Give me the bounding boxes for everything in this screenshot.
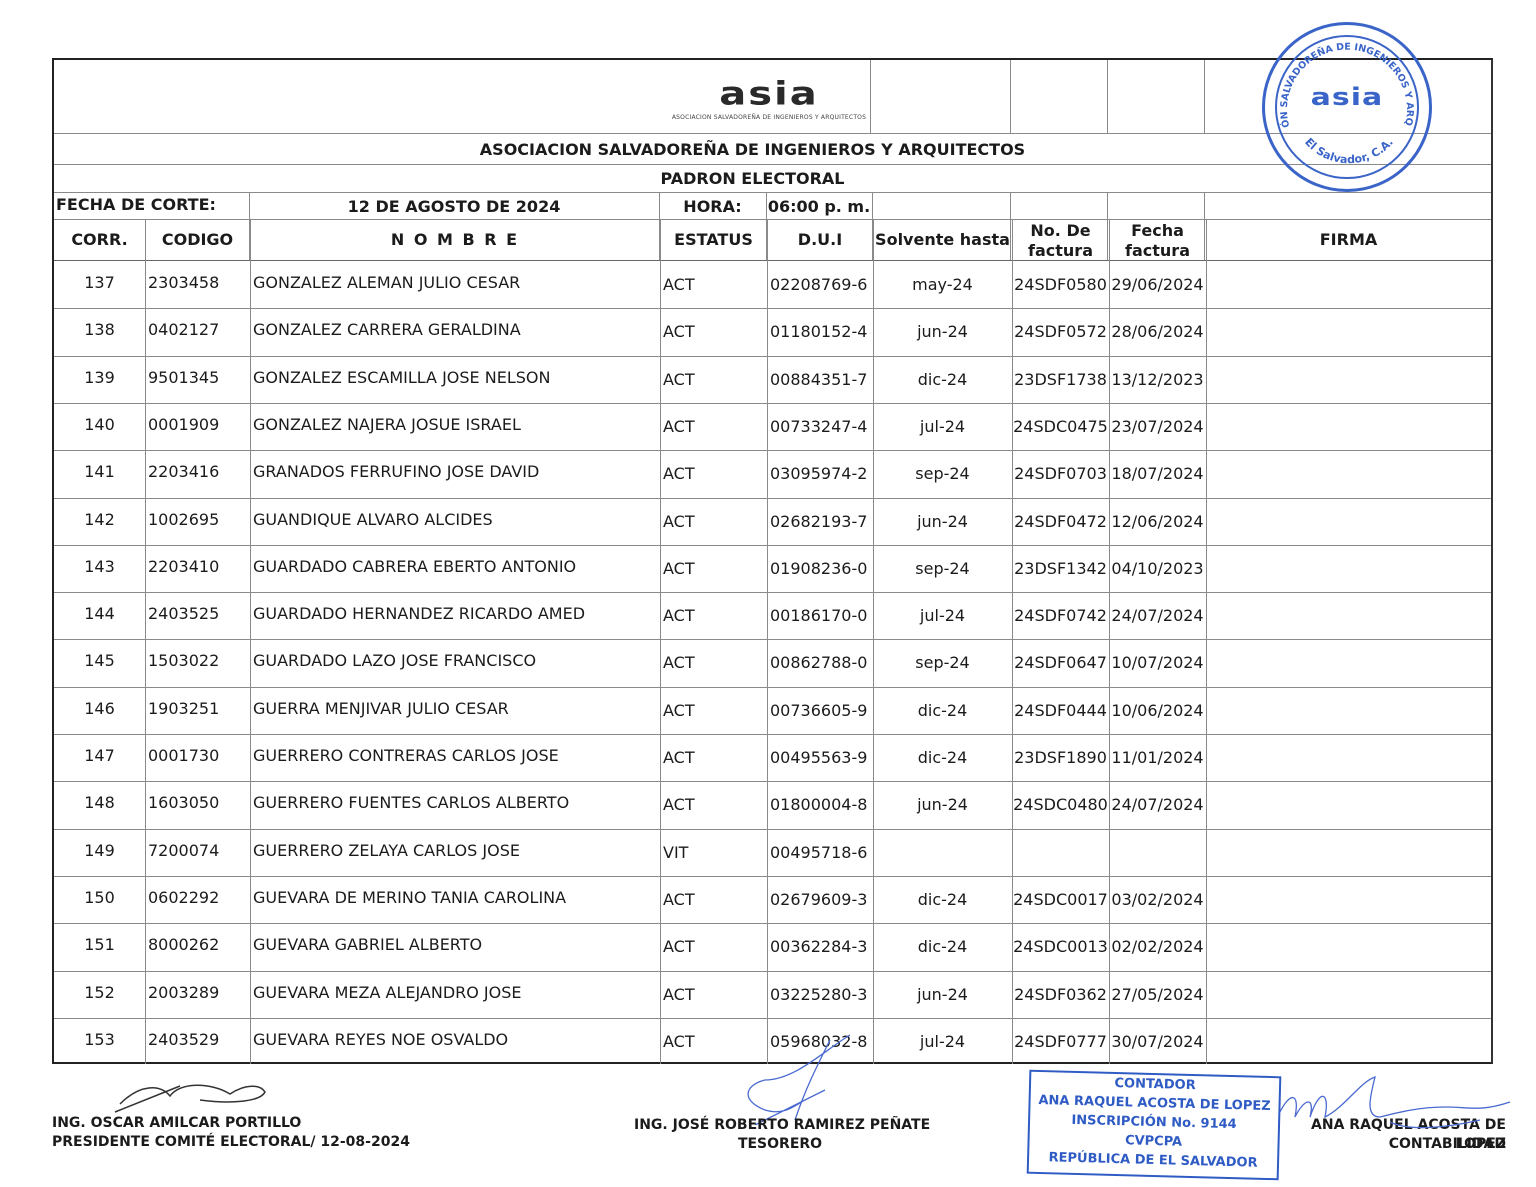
cell-corr: 137 (54, 273, 145, 293)
cell-dui: 03095974-2 (770, 464, 873, 484)
column-header-solvente: Solvente hasta (873, 230, 1012, 250)
cell-codigo: 0001909 (148, 415, 250, 435)
cell-estatus: ACT (663, 701, 767, 721)
cell-solvente: jun-24 (873, 322, 1012, 342)
cell-estatus: ACT (663, 275, 767, 295)
column-header-fecha: Fechafactura (1109, 221, 1206, 261)
logo-subtitle: ASOCIACION SALVADOREÑA DE INGENIEROS Y A… (669, 114, 869, 121)
cell-codigo: 8000262 (148, 935, 250, 955)
row-divider (54, 592, 1491, 593)
cell-solvente: jul-24 (873, 1032, 1012, 1052)
divider (54, 260, 1491, 261)
cell-dui: 00186170-0 (770, 606, 873, 626)
cell-nombre: GUEVARA REYES NOE OSVALDO (253, 1030, 660, 1050)
column-divider (145, 220, 146, 1064)
cell-factura: 24SDF0647 (1012, 653, 1109, 673)
column-divider (1109, 220, 1110, 1064)
cell-factura: 23DSF1342 (1012, 559, 1109, 579)
cell-dui: 02679609-3 (770, 890, 873, 910)
cell-fecha: 11/01/2024 (1109, 748, 1206, 768)
cell-estatus: ACT (663, 937, 767, 957)
row-divider (54, 687, 1491, 688)
cell-fecha: 24/07/2024 (1109, 606, 1206, 626)
treasurer-role: TESORERO (634, 1135, 926, 1154)
cell-solvente: jul-24 (873, 417, 1012, 437)
column-divider (767, 220, 768, 1064)
cell-corr: 151 (54, 935, 145, 955)
cell-fecha: 02/02/2024 (1109, 937, 1206, 957)
cell-nombre: GUANDIQUE ALVARO ALCIDES (253, 510, 660, 530)
president-signature-icon (110, 1074, 280, 1114)
cell-corr: 144 (54, 604, 145, 624)
cell-nombre: GRANADOS FERRUFINO JOSE DAVID (253, 462, 660, 482)
fecha-value: 12 DE AGOSTO DE 2024 (249, 197, 659, 216)
cell-corr: 153 (54, 1030, 145, 1050)
cell-solvente: sep-24 (873, 653, 1012, 673)
cell-factura: 24SDF0444 (1012, 701, 1109, 721)
cell-solvente: jun-24 (873, 512, 1012, 532)
padron-electoral-sheet: asia ASOCIACION SALVADOREÑA DE INGENIERO… (52, 58, 1493, 1064)
column-header-factura: No. Defactura (1012, 221, 1109, 261)
cell-estatus: ACT (663, 985, 767, 1005)
hora-value: 06:00 p. m. (766, 197, 872, 216)
cell-codigo: 1903251 (148, 699, 250, 719)
column-header-dui: D.U.I (767, 230, 873, 250)
cell-fecha: 30/07/2024 (1109, 1032, 1206, 1052)
divider (870, 60, 871, 133)
cell-solvente: dic-24 (873, 701, 1012, 721)
cell-factura: 24SDF0777 (1012, 1032, 1109, 1052)
column-divider (1012, 220, 1013, 1064)
cell-fecha: 27/05/2024 (1109, 985, 1206, 1005)
column-header-estatus: ESTATUS (660, 230, 767, 250)
cell-nombre: GONZALEZ NAJERA JOSUE ISRAEL (253, 415, 660, 435)
cell-solvente: dic-24 (873, 890, 1012, 910)
cell-estatus: ACT (663, 370, 767, 390)
logo-wordmark: asia (669, 78, 869, 110)
row-divider (54, 308, 1491, 309)
cell-codigo: 0402127 (148, 320, 250, 340)
column-divider (250, 220, 251, 1064)
cell-fecha: 12/06/2024 (1109, 512, 1206, 532)
cell-solvente: jul-24 (873, 606, 1012, 626)
cell-corr: 143 (54, 557, 145, 577)
cell-nombre: GUARDADO HERNANDEZ RICARDO AMED (253, 604, 660, 624)
cell-dui: 02682193-7 (770, 512, 873, 532)
column-divider (873, 220, 874, 1064)
cell-factura: 23DSF1738 (1012, 370, 1109, 390)
row-divider (54, 734, 1491, 735)
cell-fecha: 03/02/2024 (1109, 890, 1206, 910)
row-divider (54, 876, 1491, 877)
cell-factura: 24SDF0362 (1012, 985, 1109, 1005)
cell-codigo: 2203416 (148, 462, 250, 482)
cell-factura: 24SDF0472 (1012, 512, 1109, 532)
cell-solvente: may-24 (873, 275, 1012, 295)
cell-codigo: 1603050 (148, 793, 250, 813)
cell-factura: 24SDF0703 (1012, 464, 1109, 484)
president-name: ING. OSCAR AMILCAR PORTILLO (52, 1114, 301, 1133)
cell-nombre: GONZALEZ ALEMAN JULIO CESAR (253, 273, 660, 293)
cell-fecha: 13/12/2023 (1109, 370, 1206, 390)
cell-dui: 02208769-6 (770, 275, 873, 295)
cell-fecha: 10/06/2024 (1109, 701, 1206, 721)
cell-dui: 00362284-3 (770, 937, 873, 957)
cell-factura: 24SDC0480 (1012, 795, 1109, 815)
cell-dui: 00733247-4 (770, 417, 873, 437)
cell-fecha: 28/06/2024 (1109, 322, 1206, 342)
cell-nombre: GONZALEZ CARRERA GERALDINA (253, 320, 660, 340)
cell-estatus: ACT (663, 606, 767, 626)
cell-estatus: ACT (663, 653, 767, 673)
cell-codigo: 0001730 (148, 746, 250, 766)
cell-fecha: 04/10/2023 (1109, 559, 1206, 579)
cell-solvente: sep-24 (873, 559, 1012, 579)
document-title: ASOCIACION SALVADOREÑA DE INGENIEROS Y A… (34, 140, 1471, 159)
cell-estatus: ACT (663, 890, 767, 910)
cell-dui: 03225280-3 (770, 985, 873, 1005)
cell-dui: 01180152-4 (770, 322, 873, 342)
row-divider (54, 356, 1491, 357)
cell-dui: 00884351-7 (770, 370, 873, 390)
cell-nombre: GUERRERO ZELAYA CARLOS JOSE (253, 841, 660, 861)
cell-solvente: dic-24 (873, 370, 1012, 390)
column-divider (660, 220, 661, 1064)
row-divider (54, 1018, 1491, 1019)
cell-corr: 145 (54, 651, 145, 671)
cell-corr: 140 (54, 415, 145, 435)
cell-corr: 148 (54, 793, 145, 813)
cell-nombre: GUEVARA DE MERINO TANIA CAROLINA (253, 888, 660, 908)
divider (54, 219, 1491, 220)
cell-nombre: GUERRA MENJIVAR JULIO CESAR (253, 699, 660, 719)
cell-nombre: GONZALEZ ESCAMILLA JOSE NELSON (253, 368, 660, 388)
cell-fecha: 18/07/2024 (1109, 464, 1206, 484)
cell-solvente: sep-24 (873, 464, 1012, 484)
cell-dui: 00736605-9 (770, 701, 873, 721)
divider (1107, 60, 1108, 133)
cell-dui: 01800004-8 (770, 795, 873, 815)
row-divider (54, 829, 1491, 830)
treasurer-signature-icon (735, 1030, 865, 1125)
svg-text:ASOCIACIÓN SALVADOREÑA DE INGE: ASOCIACIÓN SALVADOREÑA DE INGENIEROS Y A… (1265, 25, 1415, 129)
cell-factura: 24SDC0017 (1012, 890, 1109, 910)
cell-corr: 139 (54, 368, 145, 388)
cell-codigo: 0602292 (148, 888, 250, 908)
cell-fecha: 23/07/2024 (1109, 417, 1206, 437)
cell-corr: 152 (54, 983, 145, 1003)
row-divider (54, 781, 1491, 782)
document-subtitle: PADRON ELECTORAL (34, 169, 1471, 188)
cell-factura: 24SDC0475 (1012, 417, 1109, 437)
cell-nombre: GUEVARA MEZA ALEJANDRO JOSE (253, 983, 660, 1003)
cell-fecha: 29/06/2024 (1109, 275, 1206, 295)
cell-estatus: ACT (663, 512, 767, 532)
row-divider (54, 545, 1491, 546)
cell-corr: 146 (54, 699, 145, 719)
cell-solvente: jun-24 (873, 795, 1012, 815)
divider (1010, 60, 1011, 133)
cell-codigo: 9501345 (148, 368, 250, 388)
cell-estatus: ACT (663, 417, 767, 437)
column-divider (1206, 220, 1207, 1064)
row-divider (54, 450, 1491, 451)
cell-dui: 00495563-9 (770, 748, 873, 768)
cell-factura: 23DSF1890 (1012, 748, 1109, 768)
accountant-signature-icon (1270, 1072, 1530, 1162)
cell-nombre: GUERRERO FUENTES CARLOS ALBERTO (253, 793, 660, 813)
stamp-wordmark: asia (1265, 84, 1429, 112)
cell-corr: 149 (54, 841, 145, 861)
cell-codigo: 7200074 (148, 841, 250, 861)
column-header-firma: FIRMA (1206, 230, 1491, 250)
fecha-label: FECHA DE CORTE: (56, 195, 216, 214)
cell-corr: 141 (54, 462, 145, 482)
row-divider (54, 923, 1491, 924)
svg-text:El Salvador, C.A.: El Salvador, C.A. (1302, 136, 1396, 167)
cell-nombre: GUARDADO LAZO JOSE FRANCISCO (253, 651, 660, 671)
divider (1204, 60, 1205, 133)
cell-solvente: dic-24 (873, 748, 1012, 768)
accountant-stamp: CONTADOR ANA RAQUEL ACOSTA DE LOPEZ INSC… (1027, 1070, 1282, 1181)
president-role: PRESIDENTE COMITÉ ELECTORAL/ 12-08-2024 (52, 1133, 410, 1152)
column-header-codigo: CODIGO (145, 230, 250, 250)
cell-codigo: 2303458 (148, 273, 250, 293)
cell-codigo: 2203410 (148, 557, 250, 577)
asia-logo: asia ASOCIACION SALVADOREÑA DE INGENIERO… (669, 74, 869, 124)
cell-fecha: 10/07/2024 (1109, 653, 1206, 673)
asia-round-stamp: ASOCIACIÓN SALVADOREÑA DE INGENIEROS Y A… (1262, 22, 1432, 192)
cell-nombre: GUARDADO CABRERA EBERTO ANTONIO (253, 557, 660, 577)
cell-codigo: 1503022 (148, 651, 250, 671)
divider (54, 192, 1491, 193)
cell-factura: 24SDF0572 (1012, 322, 1109, 342)
cell-nombre: GUERRERO CONTRERAS CARLOS JOSE (253, 746, 660, 766)
hora-label: HORA: (659, 197, 766, 216)
cell-dui: 01908236-0 (770, 559, 873, 579)
cell-estatus: ACT (663, 464, 767, 484)
cell-solvente: jun-24 (873, 985, 1012, 1005)
row-divider (54, 971, 1491, 972)
cell-codigo: 2403525 (148, 604, 250, 624)
cell-factura: 24SDF0742 (1012, 606, 1109, 626)
cell-codigo: 2403529 (148, 1030, 250, 1050)
cell-factura: 24SDF0580 (1012, 275, 1109, 295)
cell-solvente: dic-24 (873, 937, 1012, 957)
cell-corr: 138 (54, 320, 145, 340)
cell-dui: 00862788-0 (770, 653, 873, 673)
column-header-nombre: N O M B R E (250, 230, 660, 250)
row-divider (54, 403, 1491, 404)
cell-corr: 142 (54, 510, 145, 530)
row-divider (54, 498, 1491, 499)
cell-nombre: GUEVARA GABRIEL ALBERTO (253, 935, 660, 955)
cell-dui: 00495718-6 (770, 843, 873, 863)
cell-corr: 150 (54, 888, 145, 908)
column-header-corr: CORR. (54, 230, 145, 250)
cell-estatus: VIT (663, 843, 767, 863)
cell-fecha: 24/07/2024 (1109, 795, 1206, 815)
cell-codigo: 2003289 (148, 983, 250, 1003)
cell-estatus: ACT (663, 795, 767, 815)
cell-codigo: 1002695 (148, 510, 250, 530)
cell-estatus: ACT (663, 322, 767, 342)
cell-estatus: ACT (663, 559, 767, 579)
row-divider (54, 639, 1491, 640)
cell-corr: 147 (54, 746, 145, 766)
cell-factura: 24SDC0013 (1012, 937, 1109, 957)
cell-estatus: ACT (663, 748, 767, 768)
treasurer-name: ING. JOSÉ ROBERTO RAMIREZ PEÑATE (634, 1116, 930, 1135)
